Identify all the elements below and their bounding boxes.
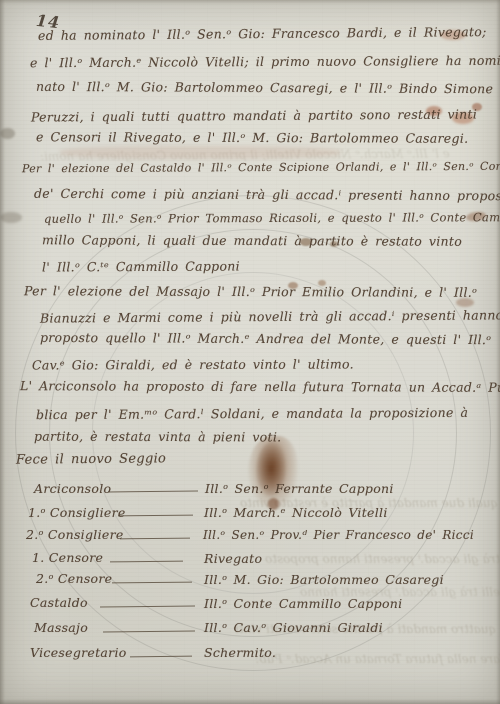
roster-office-label: Vicesegretario [30,645,127,660]
roster-dash-line [112,582,192,584]
bleedthrough-text: L' Arciconsolo ha proposto di fare nella… [255,652,500,666]
roster-dash-line [130,656,192,658]
roster-office-label: Arciconsolo [34,481,111,496]
roster-name: Ill.ᵒ March.ᵉ Niccolò Vitelli [204,505,388,520]
roster-office-label: 2.ᵒ Consigliere [26,527,124,542]
manuscript-line: quello l' Ill.ᵒ Sen.ᵒ Prior Tommaso Rica… [44,210,500,226]
manuscript-page: millo Capponi, li quali due mandati à pa… [0,0,500,704]
paper-edge [496,0,500,704]
manuscript-line: L' Arciconsolo ha proposto di fare nella… [20,378,500,395]
manuscript-line: blica per l' Em.ᵐᵒ Card.ˡ Soldani, e man… [36,405,468,422]
roster-name: Ill.ᵒ Cav.ᵒ Giovanni Giraldi [204,620,383,635]
manuscript-line: l' Ill.ᵒ C.ᵗᵉ Cammillo Capponi [42,258,240,274]
roster-office-label: 1.ᵒ Consigliere [28,505,126,520]
roster-dash-line [108,491,198,493]
roster-name: Ill.ᵒ Conte Cammillo Capponi [204,596,402,611]
bleedthrough-text: de' Cerchi come i più anziani trà gli ac… [265,552,500,566]
roster-dash-line [120,538,190,540]
paper-edge [0,699,500,704]
roster-name: Ill.ᵒ Sen.ᵒ Prov.ᵈ Pier Francesco de' Ri… [203,528,474,542]
ink-stain [248,436,298,510]
manuscript-line: Per l' elezione del Castaldo l' Ill.ᵒ Co… [22,160,500,176]
roster-name: Ill.ᵒ M. Gio: Bartolommeo Casaregi [204,572,444,587]
manuscript-line: ed ha nominato l' Ill.ᵒ Sen.ᵒ Gio: Franc… [38,24,487,43]
roster-office-label: 1. Censore [32,550,103,565]
paper-edge [0,0,500,4]
ink-stain [60,146,340,159]
manuscript-line: de' Cerchi come i più anziani trà gli ac… [34,186,500,204]
paper-edge [0,0,5,704]
manuscript-line: Bianuzzi e Marmi come i più novelli trà … [40,307,500,325]
roster-name: Ill.ᵒ Sen.ᵒ Ferrante Capponi [205,481,394,496]
roster-name: Rivegato [204,551,262,566]
manuscript-line: Cav.ᵉ Gio: Giraldi, ed è restato vinto l… [32,356,354,372]
roster-office-label: Castaldo [30,595,88,610]
roster-dash-line [110,561,183,563]
manuscript-line: Fece il nuovo Seggio [16,451,166,467]
roster-office-label: Massajo [34,620,88,635]
manuscript-line: Per l' elezione del Massajo l' Ill.ᵒ Pri… [24,283,477,300]
roster-name: Schermito. [204,645,276,660]
roster-office-label: 2.ᵒ Censore [36,571,112,586]
roster-dash-line [100,606,195,608]
manuscript-line: proposto quello l' Ill.ᵒ March.ᵉ Andrea … [40,330,491,347]
manuscript-line: nato l' Ill.ᵒ M. Gio: Bartolommeo Casare… [36,79,493,96]
manuscript-line: e l' Ill.ᵒ March.ᵉ Niccolò Vitelli; il p… [30,53,500,70]
manuscript-line: millo Capponi, li quali due mandati à pa… [42,232,462,248]
manuscript-line: e Censori il Rivegato, e l' Ill.ᵒ M. Gio… [36,129,468,146]
manuscript-line: Peruzzi, i quali tutti quattro mandati à… [31,106,477,124]
manuscript-line: partito, è restata vinta à pieni voti. [34,429,281,445]
roster-dash-line [103,631,195,633]
roster-dash-line [118,515,193,517]
